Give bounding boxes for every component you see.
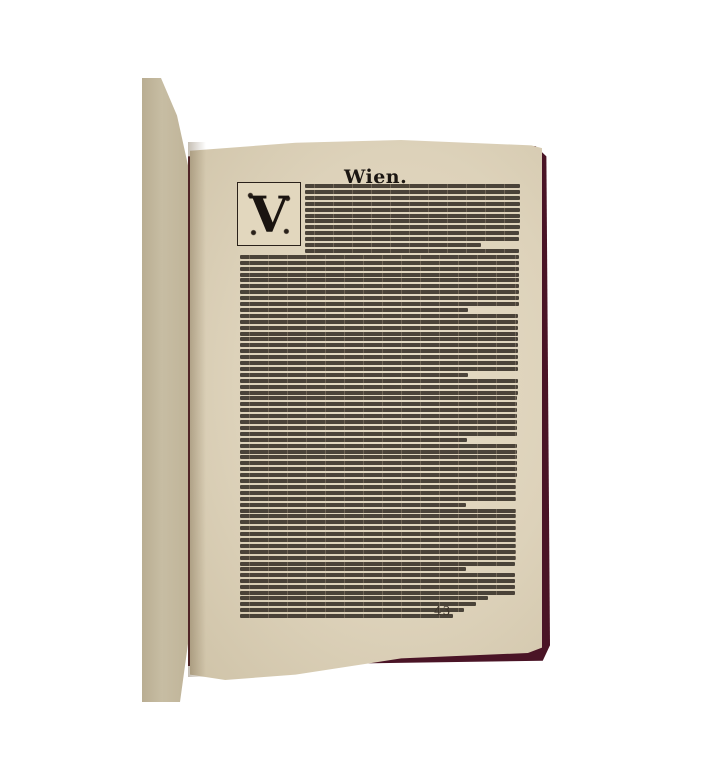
text-line — [240, 402, 517, 406]
text-line — [240, 391, 518, 395]
text-line — [240, 438, 467, 442]
text-line — [240, 379, 518, 383]
text-line — [240, 278, 519, 282]
text-line — [305, 202, 520, 206]
text-line — [240, 614, 453, 618]
text-line — [305, 237, 519, 241]
text-line — [240, 261, 519, 265]
text-line — [240, 591, 515, 595]
text-line — [240, 302, 519, 306]
text-line — [240, 562, 515, 566]
decorated-initial-letter: V — [237, 182, 301, 246]
text-line — [240, 573, 515, 577]
text-line — [240, 450, 517, 454]
text-line — [240, 385, 518, 389]
text-line — [240, 509, 516, 513]
text-line — [240, 426, 517, 430]
text-line — [240, 337, 518, 341]
text-line — [240, 550, 516, 554]
text-line — [240, 579, 515, 583]
text-line — [240, 361, 518, 365]
text-line — [240, 432, 517, 436]
text-line — [240, 396, 517, 400]
text-line — [305, 196, 520, 200]
text-line — [240, 503, 466, 507]
text-line — [240, 284, 519, 288]
text-line — [240, 497, 516, 501]
page-number: 43 — [434, 604, 451, 618]
text-line — [240, 296, 519, 300]
text-line — [240, 308, 468, 312]
text-line — [240, 526, 516, 530]
text-line — [240, 408, 517, 412]
text-line — [240, 491, 516, 495]
text-line — [240, 273, 519, 277]
text-line — [240, 567, 466, 571]
text-line — [240, 532, 516, 536]
text-line — [240, 255, 519, 259]
text-line — [240, 556, 516, 560]
text-line — [240, 355, 518, 359]
text-line — [240, 455, 517, 459]
text-line — [305, 249, 519, 253]
text-line — [240, 349, 518, 353]
text-line — [305, 214, 520, 218]
text-line — [240, 538, 516, 542]
text-line — [240, 414, 517, 418]
text-line — [305, 184, 520, 188]
text-line — [240, 596, 488, 600]
text-line — [240, 485, 516, 489]
text-line — [240, 544, 516, 548]
text-line — [240, 473, 517, 477]
text-line — [240, 420, 517, 424]
text-line — [240, 326, 518, 330]
text-line — [305, 219, 520, 223]
text-line — [240, 314, 518, 318]
text-line — [240, 267, 519, 271]
text-line — [305, 208, 520, 212]
text-line — [240, 290, 519, 294]
text-line — [240, 343, 518, 347]
left-flyleaf — [142, 78, 192, 702]
text-line — [240, 514, 516, 518]
text-line — [240, 367, 518, 371]
text-line — [240, 520, 516, 524]
gutter-shadow — [188, 142, 206, 677]
text-line — [240, 585, 515, 589]
text-line — [305, 231, 519, 235]
text-line — [240, 320, 518, 324]
text-line — [240, 479, 516, 483]
text-line — [305, 243, 481, 247]
text-line — [305, 190, 520, 194]
text-line — [240, 467, 517, 471]
text-line — [240, 444, 517, 448]
text-line — [240, 332, 518, 336]
text-line — [305, 225, 520, 229]
text-line — [240, 461, 517, 465]
text-line — [240, 608, 464, 612]
text-line — [240, 373, 468, 377]
